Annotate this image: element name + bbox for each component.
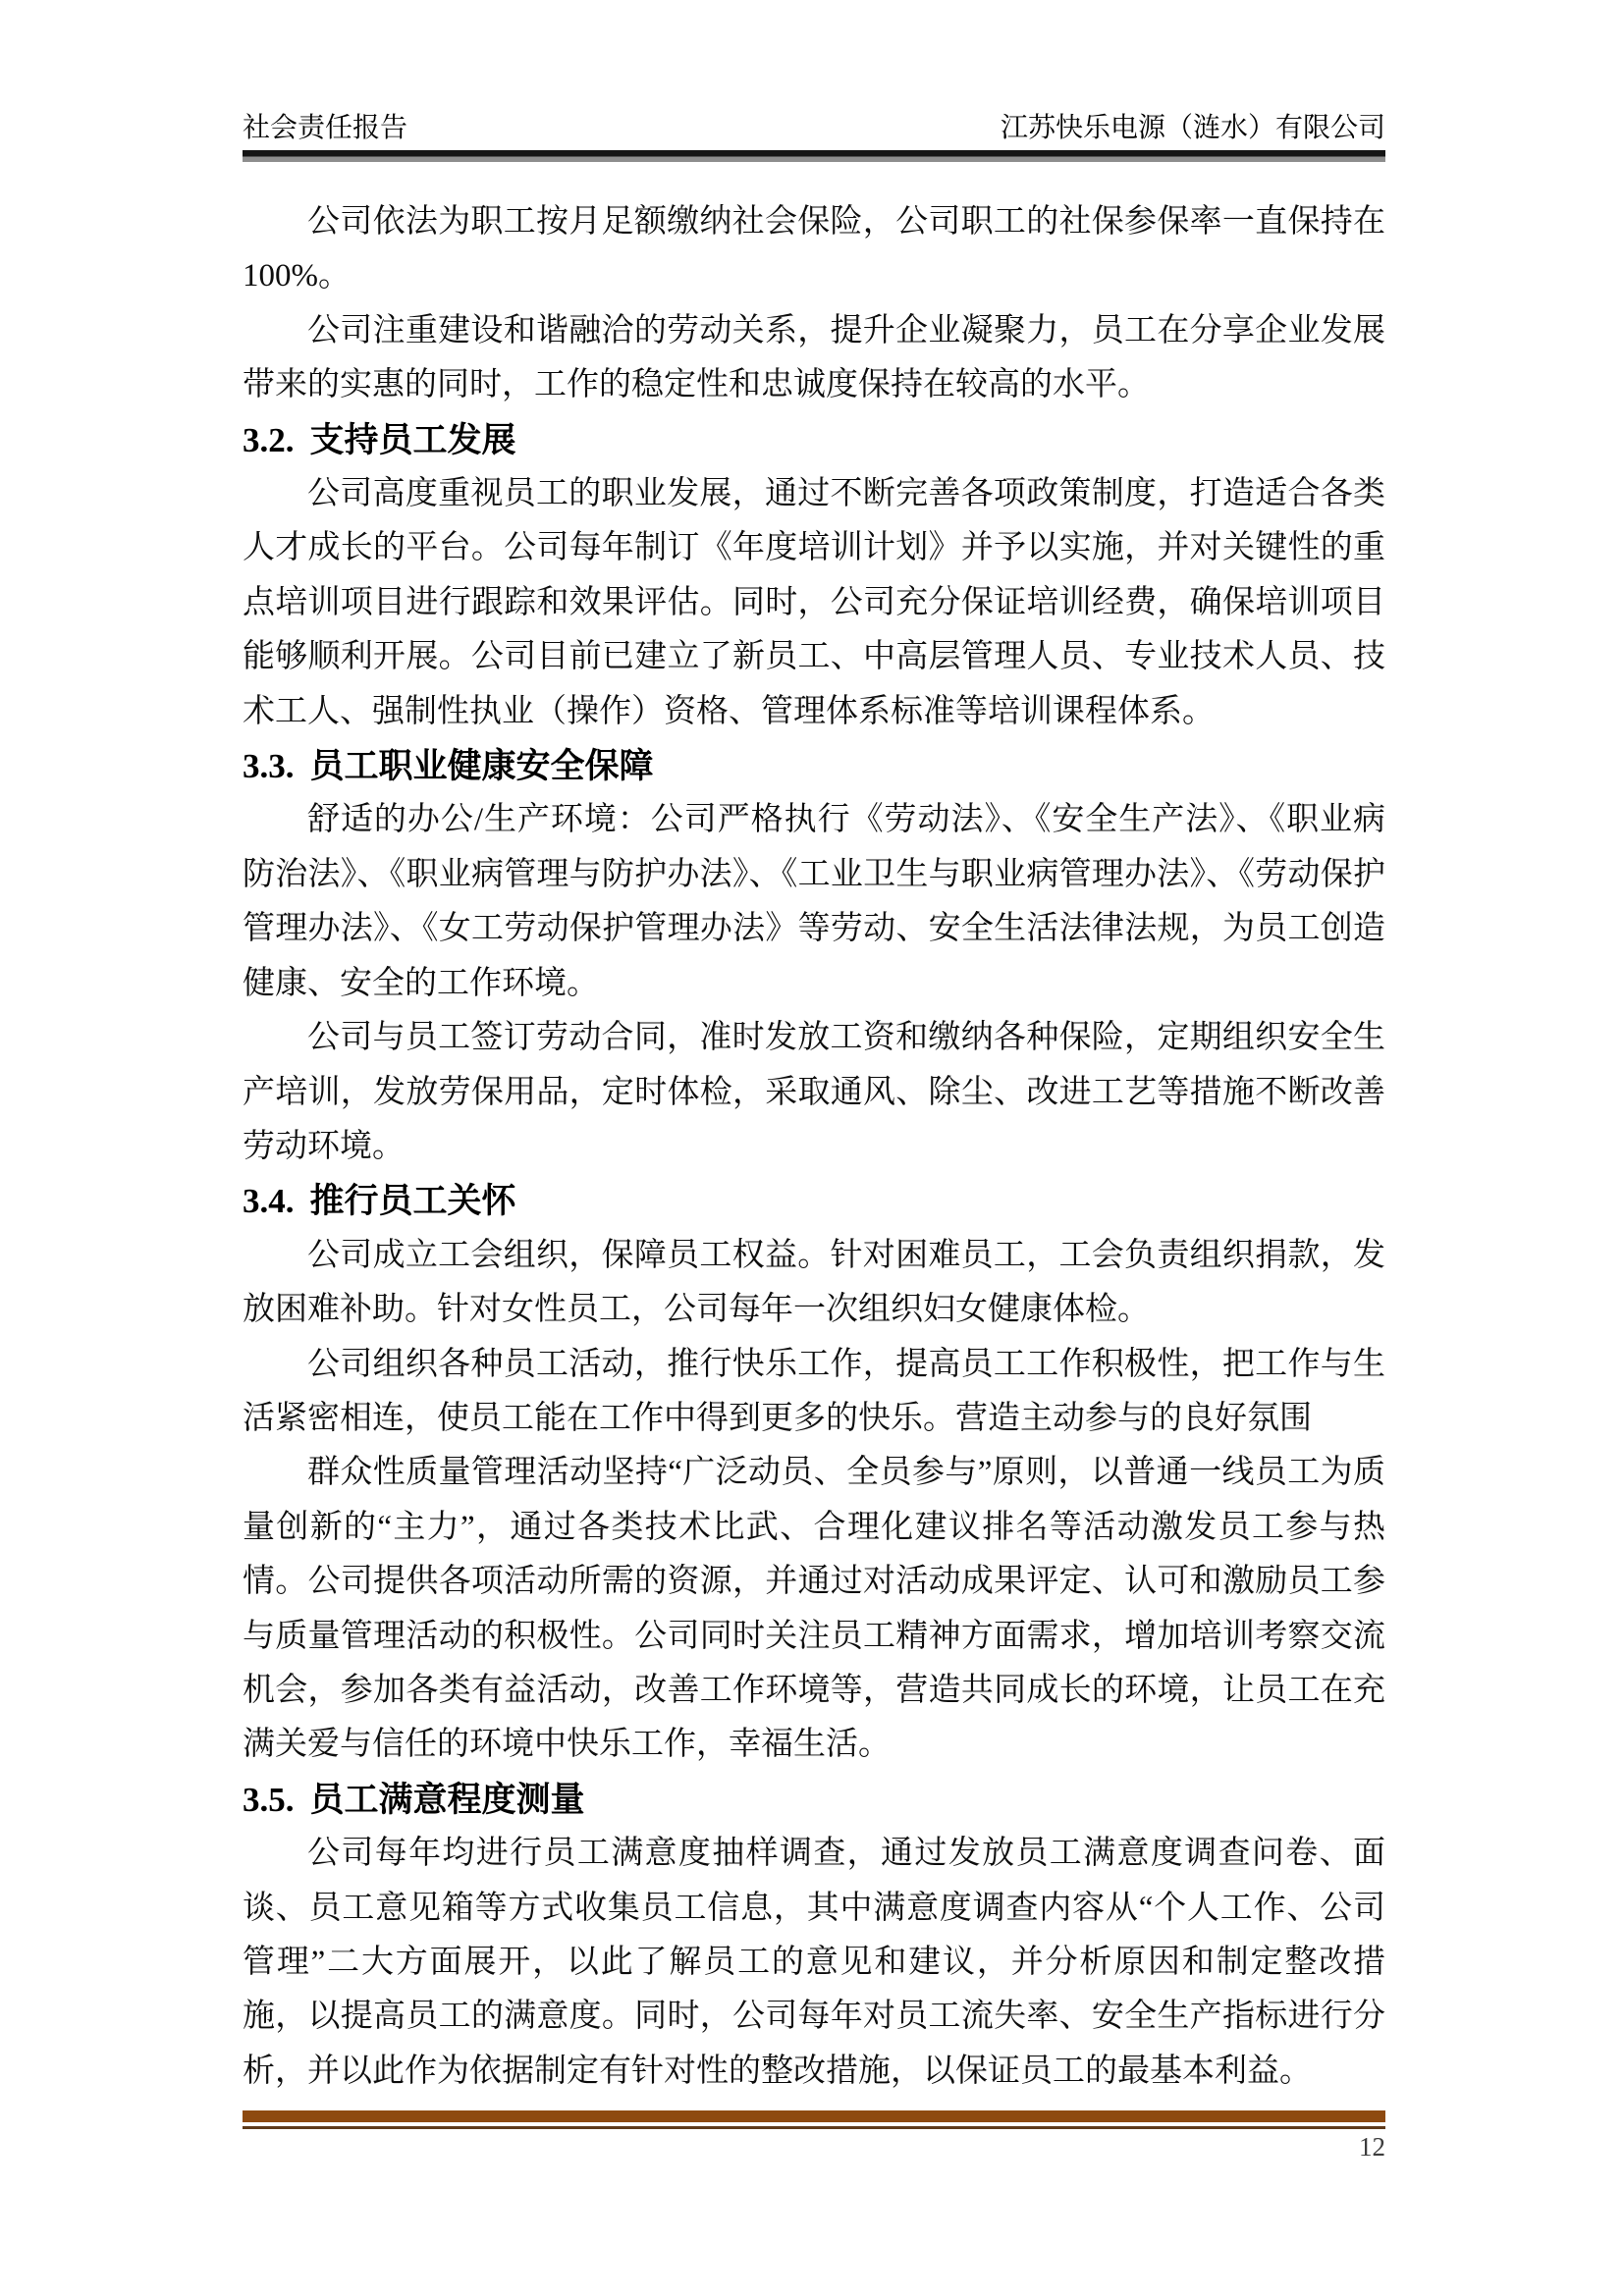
paragraph: 舒适的办公/生产环境：公司严格执行《劳动法》、《安全生产法》、《职业病防治法》、…: [243, 793, 1385, 1011]
section-heading-3-4: 3.4.推行员工关怀: [243, 1174, 1385, 1228]
section-heading-3-3: 3.3.员工职业健康安全保障: [243, 739, 1385, 793]
section-number: 3.4.: [243, 1182, 295, 1220]
header-rule: [243, 150, 1385, 162]
section-heading-3-5: 3.5.员工满意程度测量: [243, 1773, 1385, 1827]
section-title: 支持员工发展: [310, 421, 516, 459]
paragraph: 公司注重建设和谐融洽的劳动关系，提升企业凝聚力，员工在分享企业发展带来的实惠的同…: [243, 304, 1385, 413]
section-number: 3.5.: [243, 1781, 295, 1819]
page-header: 社会责任报告 江苏快乐电源（涟水）有限公司: [243, 110, 1385, 145]
section-title: 推行员工关怀: [310, 1182, 516, 1220]
footer-rule-thick: [243, 2110, 1385, 2122]
document-body: 公司依法为职工按月足额缴纳社会保险，公司职工的社保参保率一直保持在100%。 公…: [243, 195, 1385, 2099]
footer-rule-thin: [243, 2126, 1385, 2129]
page-number: 12: [243, 2131, 1385, 2163]
paragraph: 公司成立工会组织，保障员工权益。针对困难员工，工会负责组织捐款，发放困难补助。针…: [243, 1229, 1385, 1338]
section-number: 3.2.: [243, 421, 295, 459]
paragraph: 公司依法为职工按月足额缴纳社会保险，公司职工的社保参保率一直保持在100%。: [243, 195, 1385, 304]
section-title: 员工满意程度测量: [310, 1781, 585, 1819]
paragraph: 公司高度重视员工的职业发展，通过不断完善各项政策制度，打造适合各类人才成长的平台…: [243, 467, 1385, 739]
section-title: 员工职业健康安全保障: [310, 747, 654, 785]
paragraph: 公司与员工签订劳动合同，准时发放工资和缴纳各种保险，定期组织安全生产培训，发放劳…: [243, 1011, 1385, 1174]
paragraph: 群众性质量管理活动坚持“广泛动员、全员参与”原则，以普通一线员工为质量创新的“主…: [243, 1446, 1385, 1772]
section-heading-3-2: 3.2.支持员工发展: [243, 413, 1385, 467]
document-page: 社会责任报告 江苏快乐电源（涟水）有限公司 公司依法为职工按月足额缴纳社会保险，…: [0, 0, 1624, 2296]
section-number: 3.3.: [243, 747, 295, 785]
header-doc-title: 社会责任报告: [243, 110, 407, 145]
header-company-name: 江苏快乐电源（涟水）有限公司: [1001, 110, 1385, 145]
paragraph: 公司每年均进行员工满意度抽样调查，通过发放员工满意度调查问卷、面谈、员工意见箱等…: [243, 1827, 1385, 2099]
paragraph: 公司组织各种员工活动，推行快乐工作，提高员工工作积极性，把工作与生活紧密相连，使…: [243, 1338, 1385, 1447]
